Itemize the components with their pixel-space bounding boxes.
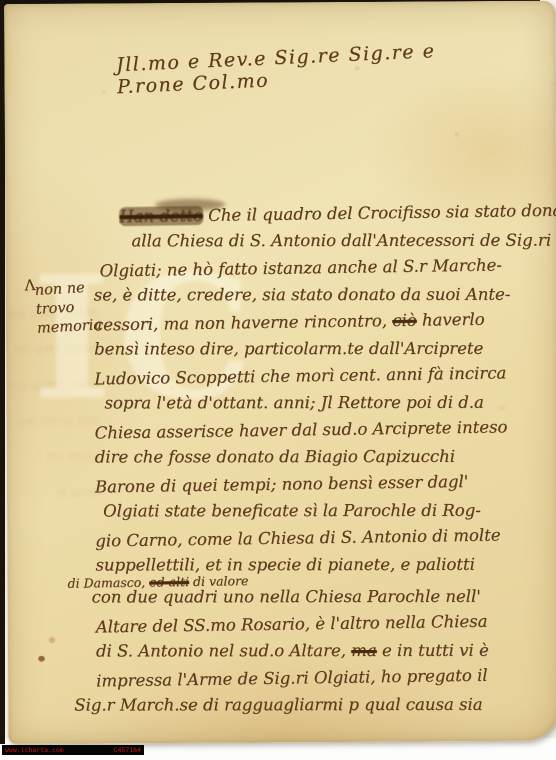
line-text: con due quadri uno nella Chiesa Parochle…	[92, 587, 481, 607]
line-text: gio Carno, come la Chiesa di S. Antonio …	[95, 525, 501, 550]
line-text: bensì inteso dire, particolarm.te dall'A…	[94, 339, 483, 359]
line-text: alla Chiesa di S. Antonio dall'Antecesso…	[131, 231, 551, 251]
watermark-code: C457184	[114, 745, 141, 755]
line-text: Che il quadro del Crocifisso sia stato d…	[203, 200, 556, 225]
manuscript-line: se, è ditte, credere, sia stato donato d…	[94, 281, 556, 309]
line-text: cessori, ma non haverne rincontro,	[94, 311, 393, 334]
manuscript-line: Chiesa asserisce haver dal sud.o Arcipre…	[94, 413, 556, 447]
manuscript-line: impressa l'Arme de Sig.ri Olgiati, ho pr…	[96, 661, 556, 695]
line-text: Barone di quei tempi; nono bensì esser d…	[95, 472, 469, 497]
struck-text: ma	[351, 641, 377, 660]
line-text: e in tutti vi è	[377, 641, 489, 660]
line-text: haverlo	[417, 310, 485, 330]
manuscript-line: sopra l'età d'ottant. anni; Jl Rettore p…	[104, 389, 556, 417]
manuscript-line: con due quadri uno nella Chiesa Parochle…	[92, 583, 556, 611]
struck-text: ciò	[392, 311, 417, 330]
manuscript-line: Altare del SS.mo Rosario, è l'altro nell…	[96, 607, 556, 641]
line-text: di S. Antonio nel sud.o Altare,	[96, 641, 351, 660]
margin-note-line1: non ne trovo	[34, 280, 85, 318]
line-text: Ludovico Scoppetti che morì cent. anni f…	[94, 363, 506, 388]
watermark-bar: www.icharta.com C457184	[2, 745, 144, 755]
line-text: Olgiati state beneficate sì la Parochle …	[103, 501, 481, 521]
line-text: Altare del SS.mo Rosario, è l'altro nell…	[96, 612, 488, 637]
manuscript-line: Sig.r March.se di ragguagliarmi p qual c…	[74, 691, 556, 719]
manuscript-line: di S. Antonio nel sud.o Altare, ma e in …	[96, 637, 556, 665]
manuscript-line: dire che fosse donato da Biagio Capizucc…	[95, 443, 556, 471]
watermark-site: www.icharta.com	[5, 745, 64, 755]
manuscript-line: gio Carno, come la Chiesa di S. Antonio …	[95, 521, 556, 555]
line-text: se, è ditte, credere, sia stato donato d…	[94, 285, 511, 305]
line-text: dire che fosse donato da Biagio Capizucc…	[95, 447, 455, 467]
paper-stain	[38, 656, 45, 662]
scanned-manuscript-photo: mnu unn mru unmnmu rnu muwr nmu unmn urm…	[0, 0, 556, 760]
manuscript-line: Ludovico Scoppetti che morì cent. anni f…	[94, 359, 556, 393]
struck-text: Han detto	[119, 206, 203, 226]
letter-body: Han detto Che il quadro del Crocifisso s…	[93, 199, 556, 720]
margin-note-line2: memoria	[37, 317, 103, 337]
manuscript-page: mnu unn mru unmnmu rnu muwr nmu unmn urm…	[4, 1, 556, 744]
manuscript-line: Han detto Che il quadro del Crocifisso s…	[119, 197, 555, 230]
margin-caret-mark: Λ	[24, 276, 36, 296]
line-text: sopra l'età d'ottant. anni; Jl Rettore p…	[104, 393, 483, 413]
manuscript-line: alla Chiesa di S. Antonio dall'Antecesso…	[131, 227, 555, 255]
manuscript-line: Olgiati; ne hò fatto istanza anche al S.…	[99, 251, 555, 285]
salutation-line: Jll.mo e Rev.e Sig.re Sig.re e P.rone Co…	[116, 38, 478, 98]
manuscript-line: bensì inteso dire, particolarm.te dall'A…	[94, 335, 556, 363]
line-text: Chiesa asserisce haver dal sud.o Arcipre…	[94, 417, 507, 442]
manuscript-line: Olgiati state beneficate sì la Parochle …	[103, 497, 556, 525]
line-text: Sig.r March.se di ragguagliarmi p qual c…	[74, 695, 482, 715]
manuscript-line: cessori, ma non haverne rincontro, ciò h…	[94, 305, 556, 339]
manuscript-line: Barone di quei tempi; nono bensì esser d…	[95, 467, 556, 501]
line-text: impressa l'Arme de Sig.ri Olgiati, ho pr…	[96, 666, 488, 691]
line-text: Olgiati; ne hò fatto istanza anche al S.…	[99, 255, 502, 280]
